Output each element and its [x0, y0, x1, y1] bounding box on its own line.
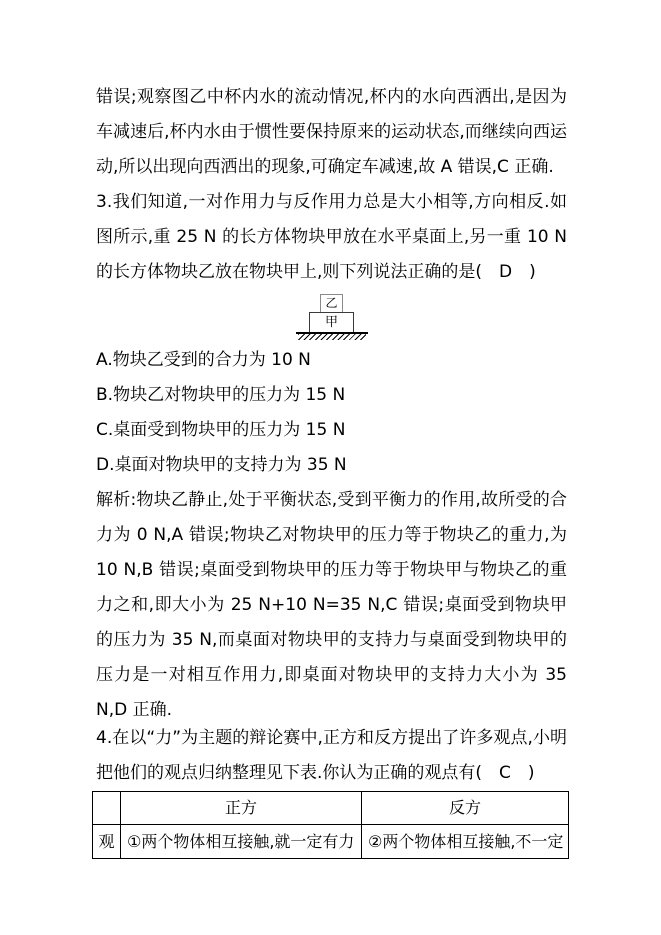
debate-table-row-label: 观 [93, 825, 121, 859]
debate-table-header-row: 正方 反方 [93, 792, 569, 825]
question2-answer-continuation: 错误;观察图乙中杯内水的流动情况,杯内的水向西洒出,是因为车减速后,杯内水由于惯… [96, 80, 567, 185]
debate-table-header-con: 反方 [362, 792, 569, 825]
block-yi: 乙 [320, 294, 343, 312]
question3-option-a: A.物块乙受到的合力为 10 N [96, 343, 567, 378]
ground-hatching [298, 334, 366, 340]
debate-table-header-pro: 正方 [121, 792, 362, 825]
debate-table-pro-viewpoint: ①两个物体相互接触,就一定有力 [121, 825, 362, 859]
debate-table-con-viewpoint: ②两个物体相互接触,不一定 [362, 825, 569, 859]
question3-analysis: 解析:物块乙静止,处于平衡状态,受到平衡力的作用,故所受的合力为 0 N,A 错… [96, 483, 567, 728]
blocks-figure-drawing: 乙 甲 [296, 290, 368, 340]
debate-table: 正方 反方 观 ①两个物体相互接触,就一定有力 ②两个物体相互接触,不一定 [92, 791, 569, 859]
question3-stem: 3.我们知道,一对作用力与反作用力总是大小相等,方向相反.如图所示,重 25 N… [96, 185, 567, 290]
question3-option-c: C.桌面受到物块甲的压力为 15 N [96, 413, 567, 448]
document-page: 错误;观察图乙中杯内水的流动情况,杯内的水向西洒出,是因为车减速后,杯内水由于惯… [0, 0, 661, 935]
question3-option-b: B.物块乙对物块甲的压力为 15 N [96, 378, 567, 413]
debate-table-data-row: 观 ①两个物体相互接触,就一定有力 ②两个物体相互接触,不一定 [93, 825, 569, 859]
question4-stem: 4.在以“力”为主题的辩论赛中,正方和反方提出了许多观点,小明把他们的观点归纳整… [96, 721, 567, 791]
debate-table-header-empty [93, 792, 121, 825]
blocks-figure: 乙 甲 [96, 290, 567, 343]
block-jia: 甲 [309, 312, 354, 333]
question3-option-d: D.桌面对物块甲的支持力为 35 N [96, 448, 567, 483]
